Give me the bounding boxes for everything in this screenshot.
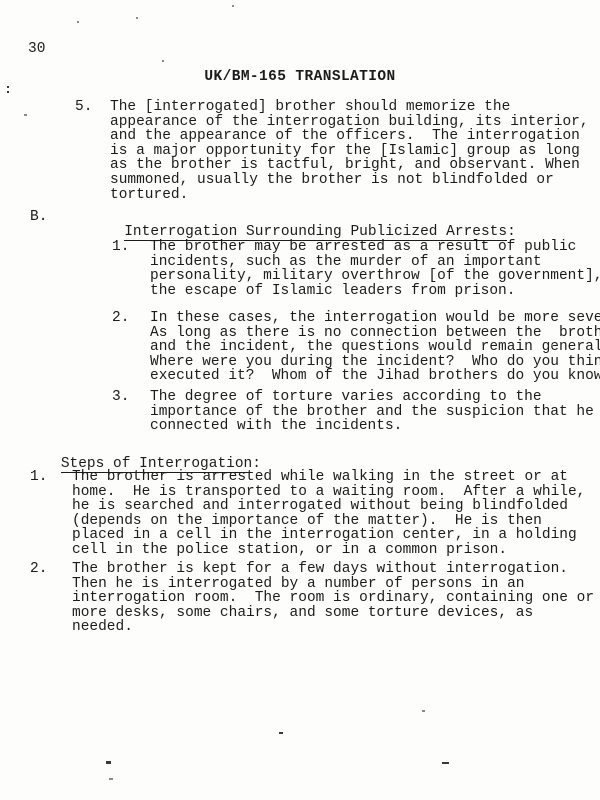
item-number: 1. bbox=[30, 470, 47, 485]
text-line: importance of the brother and the suspic… bbox=[150, 405, 600, 420]
text-line: and the appearance of the officers. The … bbox=[110, 129, 589, 144]
text-line: The brother may be arrested as a result … bbox=[150, 240, 600, 255]
text-line: appearance of the interrogation building… bbox=[110, 115, 589, 130]
text-line: Then he is interrogated by a number of p… bbox=[72, 577, 594, 592]
text-line: summoned, usually the brother is not bli… bbox=[110, 173, 589, 188]
scan-artifact bbox=[7, 91, 9, 93]
text-line: needed. bbox=[72, 620, 594, 635]
scan-artifact bbox=[7, 86, 9, 88]
heading-colon: : bbox=[507, 224, 516, 240]
text-line: tortured. bbox=[110, 188, 589, 203]
scan-artifact bbox=[232, 5, 234, 7]
item-number: 5. bbox=[75, 100, 92, 115]
scan-artifact bbox=[77, 21, 79, 23]
scan-artifact bbox=[422, 710, 425, 712]
text-line: In these cases, the interrogation would … bbox=[150, 311, 600, 326]
text-line: placed in a cell in the interrogation ce… bbox=[72, 528, 585, 543]
text-line: connected with the incidents. bbox=[150, 419, 600, 434]
item-number: 3. bbox=[112, 390, 129, 405]
text-line: he is searched and interrogated without … bbox=[72, 499, 585, 514]
text-line: Where were you during the incident? Who … bbox=[150, 355, 600, 370]
text-line: and the incident, the questions would re… bbox=[150, 340, 600, 355]
item-number: 1. bbox=[112, 240, 129, 255]
scan-artifact bbox=[279, 732, 283, 734]
scan-artifact bbox=[442, 762, 449, 764]
text-line: The [interrogated] brother should memori… bbox=[110, 100, 589, 115]
text-line: As long as there is no connection betwee… bbox=[150, 326, 600, 341]
paragraph-b3: 3. The degree of torture varies accordin… bbox=[112, 390, 600, 434]
text-line: home. He is transported to a waiting roo… bbox=[72, 485, 585, 500]
text-line: executed it? Whom of the Jihad brothers … bbox=[150, 369, 600, 384]
text-line: (depends on the importance of the matter… bbox=[72, 514, 585, 529]
paragraph-b1: 1. The brother may be arrested as a resu… bbox=[112, 240, 600, 298]
item-number: 2. bbox=[112, 311, 129, 326]
scan-artifact bbox=[24, 114, 27, 116]
document-title: UK/BM-165 TRANSLATION bbox=[0, 69, 600, 85]
text-line: cell in the police station, or in a comm… bbox=[72, 543, 585, 558]
text-line: is a major opportunity for the [Islamic]… bbox=[110, 144, 589, 159]
text-line: as the brother is tactful, bright, and o… bbox=[110, 158, 589, 173]
scan-artifact bbox=[136, 17, 138, 19]
text-line: The brother is kept for a few days witho… bbox=[72, 562, 594, 577]
paragraph-b2: 2. In these cases, the interrogation wou… bbox=[112, 311, 600, 384]
scan-artifact bbox=[162, 60, 164, 62]
section-label: B. bbox=[30, 210, 47, 225]
scanned-document-page: 30 UK/BM-165 TRANSLATION 5. The [interro… bbox=[0, 0, 600, 800]
text-line: more desks, some chairs, and some tortur… bbox=[72, 606, 594, 621]
page-number: 30 bbox=[28, 42, 45, 57]
paragraph-steps-2: 2. The brother is kept for a few days wi… bbox=[30, 562, 594, 635]
scan-artifact bbox=[551, 344, 553, 346]
item-number: 2. bbox=[30, 562, 47, 577]
text-line: personality, military overthrow [of the … bbox=[150, 269, 600, 284]
text-line: interrogation room. The room is ordinary… bbox=[72, 591, 594, 606]
paragraph-steps-1: 1. The brother is arrested while walking… bbox=[30, 470, 585, 558]
text-line: the escape of Islamic leaders from priso… bbox=[150, 284, 600, 299]
scan-artifact bbox=[109, 778, 113, 780]
scan-artifact bbox=[106, 761, 111, 764]
text-line: incidents, such as the murder of an impo… bbox=[150, 255, 600, 270]
paragraph-item-5: 5. The [interrogated] brother should mem… bbox=[75, 100, 589, 202]
text-line: The brother is arrested while walking in… bbox=[72, 470, 585, 485]
text-line: The degree of torture varies according t… bbox=[150, 390, 600, 405]
